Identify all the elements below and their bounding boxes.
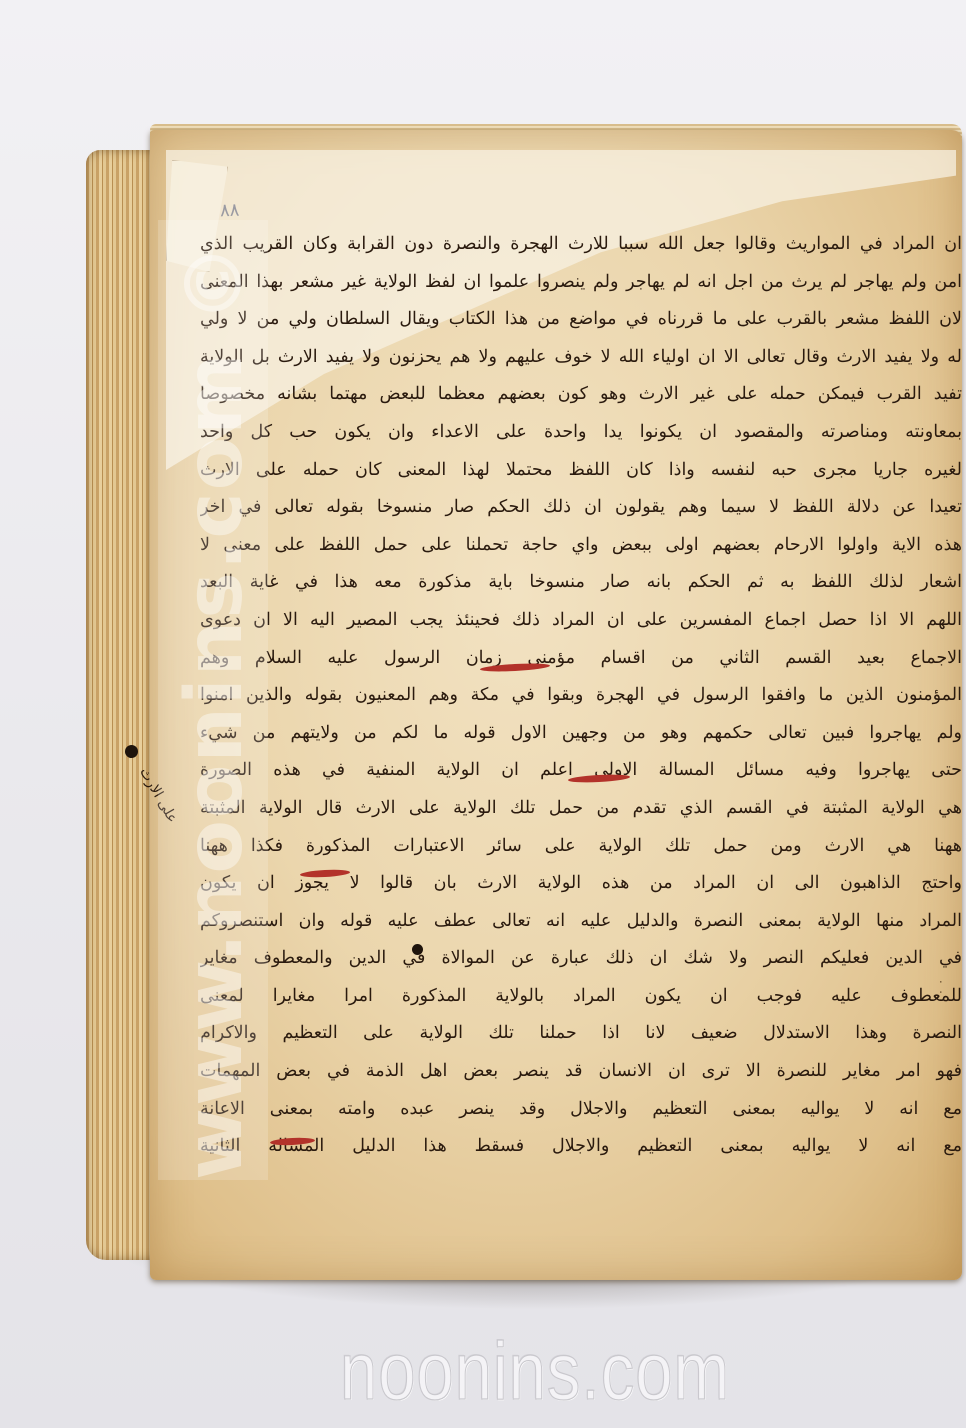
text-line: الاجماع بعيد القسم الثاني من اقسام مؤمني… [200, 640, 962, 678]
ink-blot [125, 745, 138, 758]
text-line: في الدين فعليكم النصر ولا شك ان ذلك عبار… [200, 940, 962, 978]
text-line: اللهم الا اذا حصل اجماع المفسرين على ان … [200, 602, 962, 640]
text-line: بمعاونته ومناصرته والمقصود ان يكونوا يدا… [200, 414, 962, 452]
text-line: ولم يهاجروا فبين تعالى حكمهم وهو من وجهي… [200, 715, 962, 753]
manuscript-text: ان المراد في المواريث وقالوا جعل الله سب… [200, 226, 962, 1166]
text-line: ان المراد في المواريث وقالوا جعل الله سب… [200, 226, 962, 264]
text-line: مع انه لا يواليه بمعنى التعظيم والاجلال … [200, 1091, 962, 1129]
text-line: له ولا يفيد الارث وقال تعالى الا ان اولي… [200, 339, 962, 377]
text-line: تفيد القرب فيمكن حمله على غير الارث وهو … [200, 376, 962, 414]
text-line: حتى يهاجروا وفيه مسائل المسالة الاولى اع… [200, 752, 962, 790]
text-line: المؤمنون الذين ما وافقوا الرسول في الهجر… [200, 677, 962, 715]
vertical-watermark-text: www.noonins.com © [170, 242, 260, 1180]
text-line: فهو امر مغاير للنصرة الا ترى ان الانسان … [200, 1053, 962, 1091]
text-line: اشعار لذلك اللفظ به ثم الحكم بانه صار من… [200, 564, 962, 602]
folio-number: ٨٨ [220, 200, 240, 222]
text-line: تعيدا عن دلالة اللفظ لا سيما وهم يقولون … [200, 489, 962, 527]
text-line: لان اللفظ مشعر بالقرب على ما قررناه في م… [200, 301, 962, 339]
margin-marks: ٠ ٠ [934, 979, 948, 996]
text-line: ههنا هي الارث ومن حمل تلك الولاية على سا… [200, 828, 962, 866]
text-line: مع انه لا يواليه بمعنى التعظيم والاجلال … [200, 1128, 962, 1166]
text-line: امن ولم يهاجر لم يرث من اجل انه لم يهاجر… [200, 264, 962, 302]
text-line: النصرة وهذا الاستدلال ضعيف لانا اذا حملن… [200, 1015, 962, 1053]
text-line: لغيره جاريا مجرى حبه لنفسه واذا كان اللف… [200, 452, 962, 490]
text-line: المراد منها الولاية بمعنى النصرة والدليل… [200, 903, 962, 941]
bottom-watermark: noonins.com [340, 1325, 730, 1419]
text-line: هذه الاية واولوا الارحام بعضهم اولى ببعض… [200, 527, 962, 565]
vertical-watermark: www.noonins.com © [158, 220, 268, 1180]
text-line: هي الولاية المثبتة في القسم الذي تقدم من… [200, 790, 962, 828]
ink-blot [412, 944, 423, 955]
text-line: للمعطوف عليه فوجب ان يكون المراد بالولاي… [200, 978, 962, 1016]
